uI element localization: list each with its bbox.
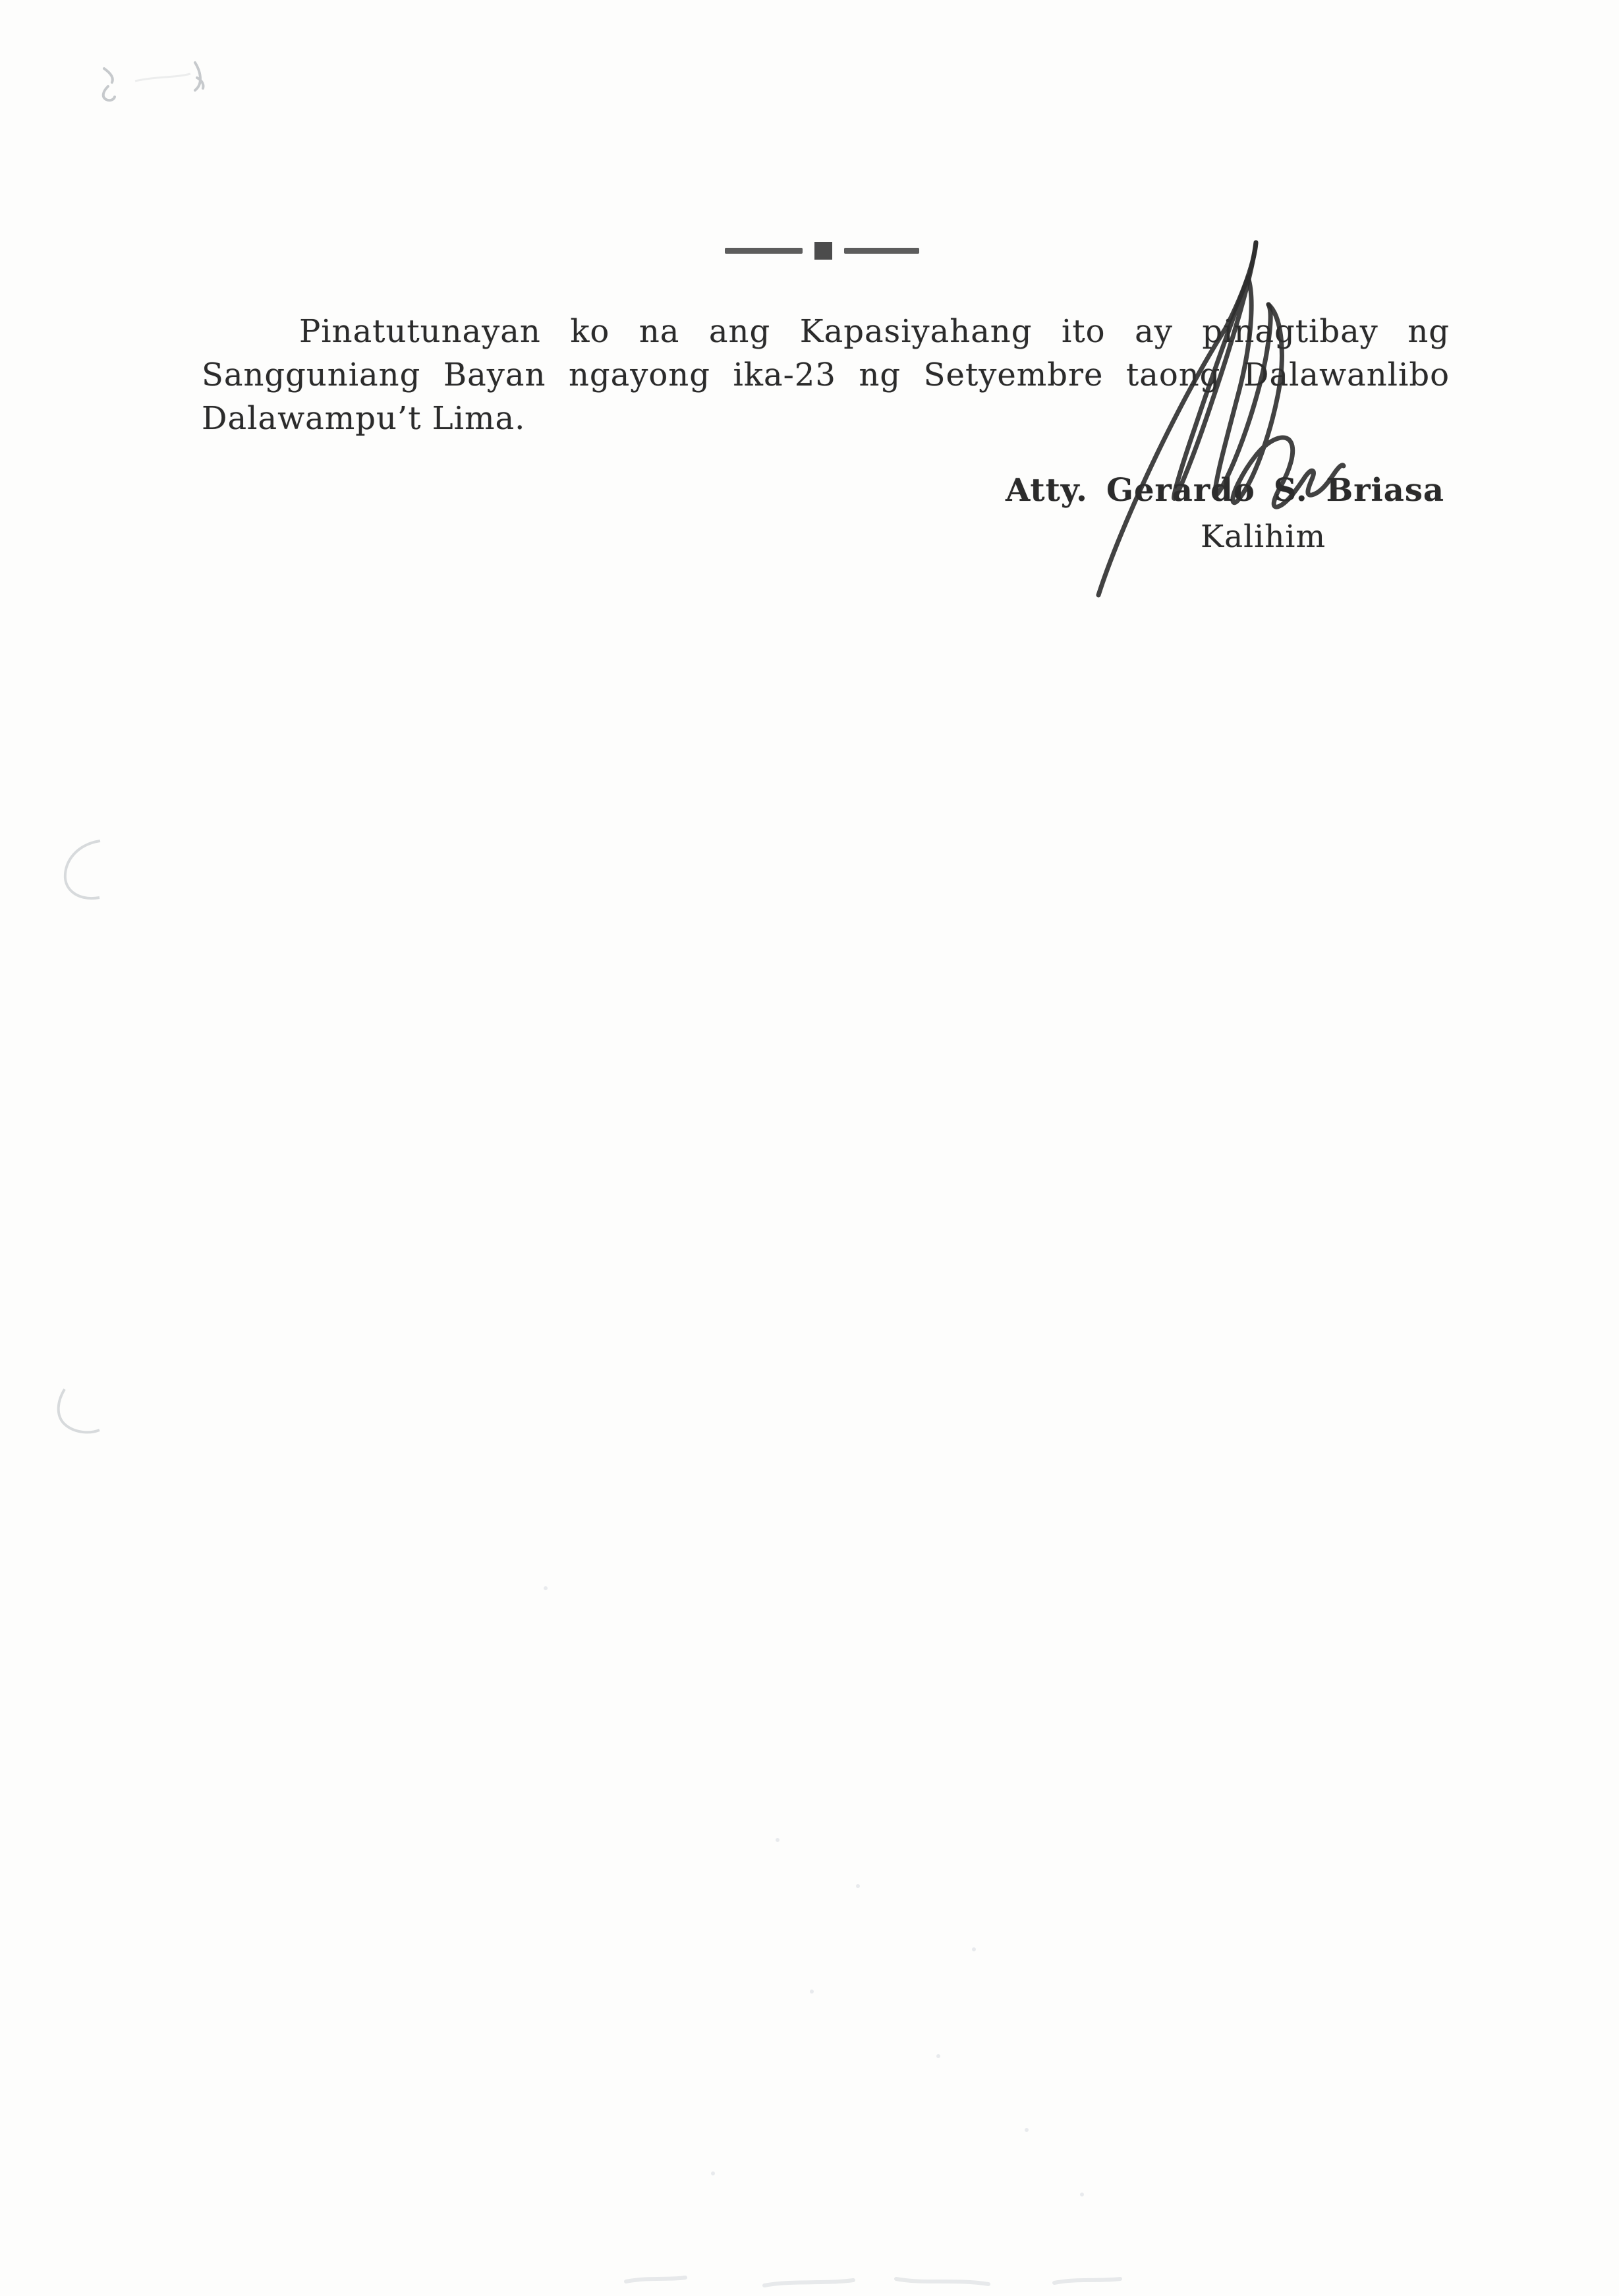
pencil-streak bbox=[135, 74, 190, 81]
signatory-title: Kalihim bbox=[1006, 519, 1444, 555]
divider-dash-left bbox=[725, 248, 803, 254]
bottom-edge-smudges bbox=[626, 2278, 1120, 2285]
divider-dash-right bbox=[844, 248, 919, 254]
certification-line-3: Dalawampu’t Lima. bbox=[202, 397, 1450, 440]
section-divider bbox=[725, 241, 919, 260]
punch-hole-shadow-icon bbox=[59, 1389, 99, 1432]
punch-hole-shadow-icon bbox=[65, 841, 100, 898]
signatory-name: Atty. Gerardo S. Briasa bbox=[1006, 472, 1444, 509]
pencil-mark-icon bbox=[103, 63, 204, 100]
scanned-document-page: Pinatutunayan ko na ang Kapasiyahang ito… bbox=[0, 0, 1619, 2296]
divider-square bbox=[814, 242, 832, 260]
certification-line-2: Sangguniang Bayan ngayong ika-23 ng Sety… bbox=[202, 353, 1450, 397]
certification-paragraph: Pinatutunayan ko na ang Kapasiyahang ito… bbox=[202, 310, 1450, 440]
bleedthrough-specks bbox=[544, 1586, 1084, 2196]
certification-line-1: Pinatutunayan ko na ang Kapasiyahang ito… bbox=[202, 310, 1450, 353]
